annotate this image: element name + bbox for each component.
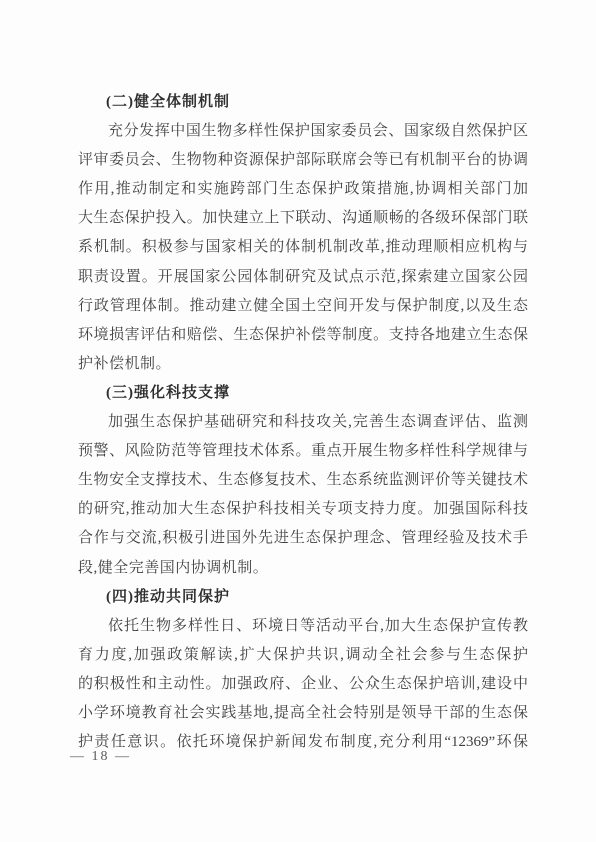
paragraph-line: 作用,推动制定和实施跨部门生态保护政策措施,协调相关部门加 [78,175,528,204]
paragraph-line: 充分发挥中国生物多样性保护国家委员会、国家级自然保护区 [78,117,528,146]
paragraph-line: 护责任意识。依托环境保护新闻发布制度,充分利用“12369”环保 [78,728,528,757]
paragraph-line: 加强生态保护基础研究和科技攻关,完善生态调查评估、监测 [78,408,528,437]
paragraph-line: 预警、风险防范等管理技术体系。重点开展生物多样性科学规律与 [78,437,528,466]
paragraph-line: 大生态保护投入。加快建立上下联动、沟通顺畅的各级环保部门联 [78,204,528,233]
paragraph-line: 评审委员会、生物物种资源保护部际联席会等已有机制平台的协调 [78,146,528,175]
paragraph-line: 育力度,加强政策解读,扩大保护共识,调动全社会参与生态保护 [78,641,528,670]
section-heading: (三)强化科技支撑 [78,379,528,408]
paragraph-line: 合作与交流,积极引进国外先进生态保护理念、管理经验及技术手 [78,524,528,553]
paragraph-line: 的积极性和主动性。加强政府、企业、公众生态保护培训,建设中 [78,670,528,699]
paragraph-line: 护补偿机制。 [78,350,528,379]
paragraph-line: 依托生物多样性日、环境日等活动平台,加大生态保护宣传教 [78,612,528,641]
page-number: — 18 — [70,749,131,764]
paragraph-line: 小学环境教育社会实践基地,提高全社会特别是领导干部的生态保 [78,699,528,728]
paragraph-line: 环境损害评估和赔偿、生态保护补偿等制度。支持各地建立生态保 [78,321,528,350]
page-footer: — 18 — [70,749,131,765]
section-heading: (四)推动共同保护 [78,583,528,612]
paragraph-line: 生物安全支撑技术、生态修复技术、生态系统监测评价等关键技术 [78,466,528,495]
paragraph-line: 段,健全完善国内协调机制。 [78,554,528,583]
section-heading: (二)健全体制机制 [78,88,528,117]
paragraph-line: 行政管理体制。推动建立健全国土空间开发与保护制度,以及生态 [78,292,528,321]
paragraph-line: 系机制。积极参与国家相关的体制机制改革,推动理顺相应机构与 [78,233,528,262]
document-content: (二)健全体制机制充分发挥中国生物多样性保护国家委员会、国家级自然保护区评审委员… [78,88,528,757]
paragraph-line: 职责设置。开展国家公园体制研究及试点示范,探索建立国家公园 [78,263,528,292]
paragraph-line: 的研究,推动加大生态保护科技相关专项支持力度。加强国际科技 [78,495,528,524]
document-page: (二)健全体制机制充分发挥中国生物多样性保护国家委员会、国家级自然保护区评审委员… [0,0,596,842]
